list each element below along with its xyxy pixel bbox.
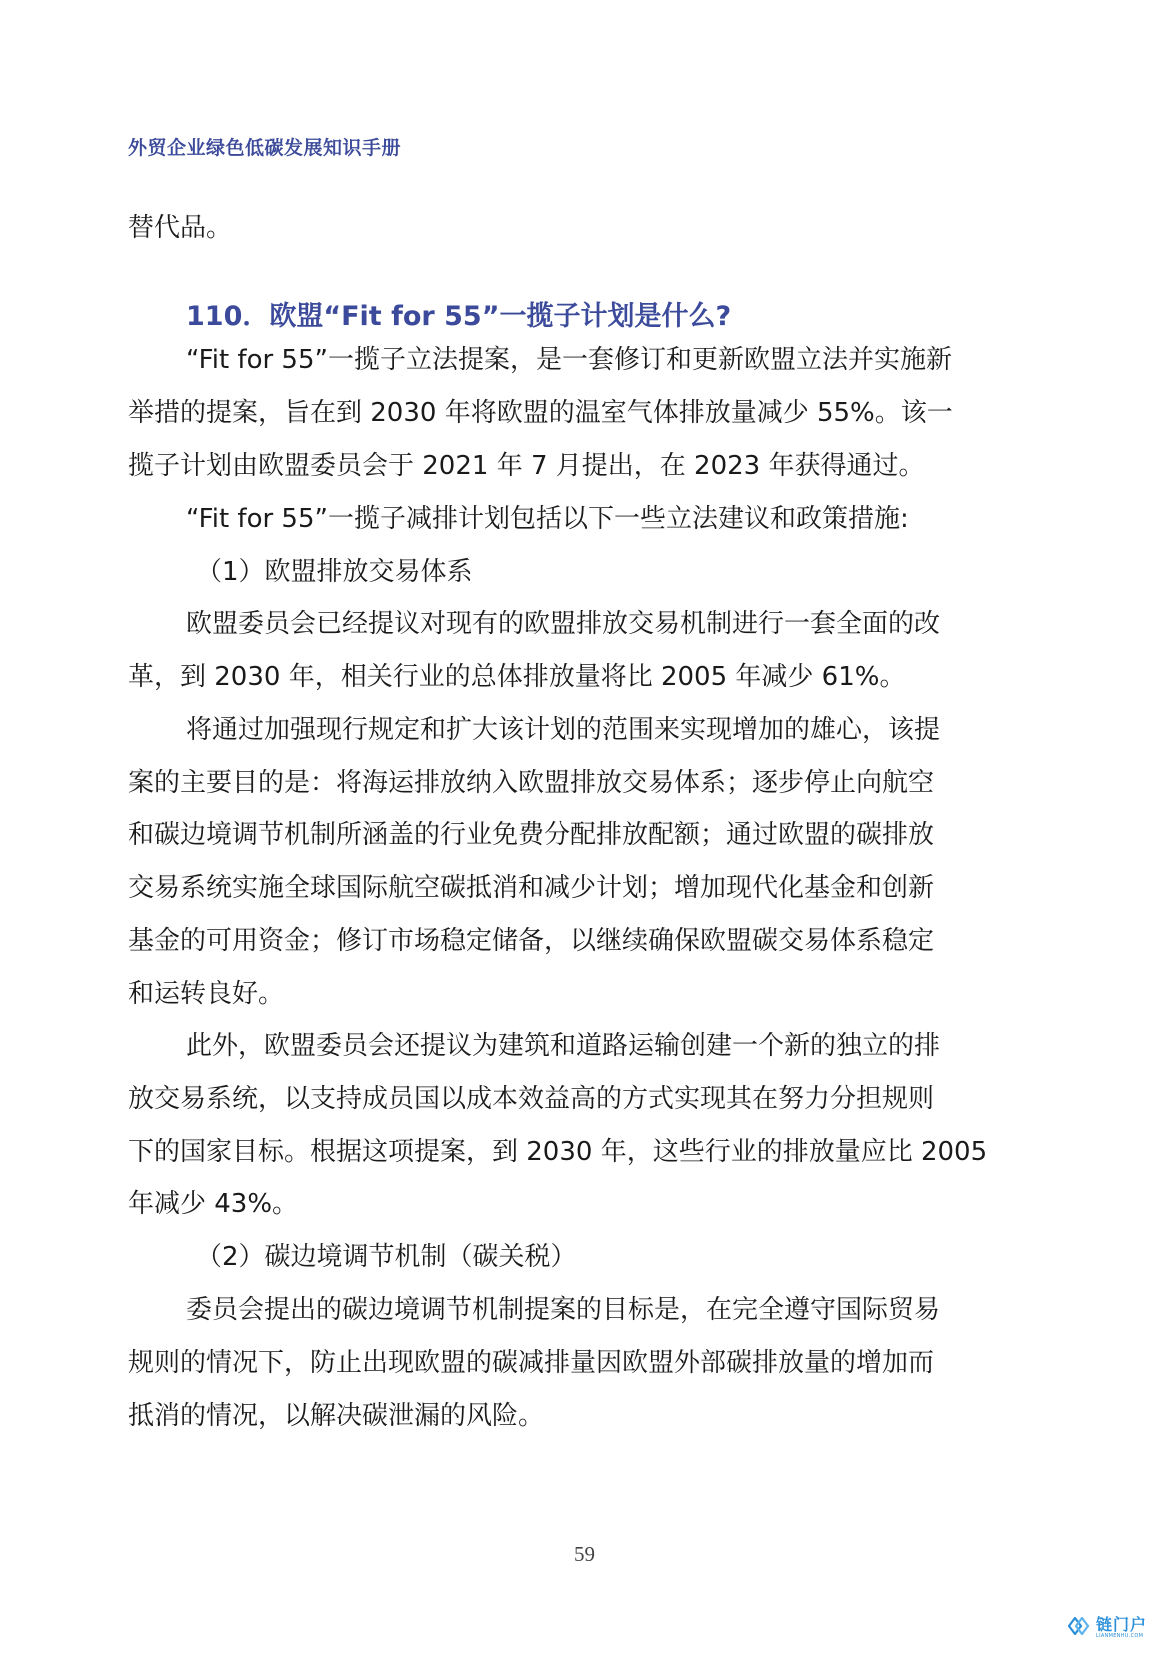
watermark: 链门户 LIANMENHU.COM	[1068, 1617, 1147, 1639]
subsection-title-2: （2）碳边境调节机制（碳关税）	[196, 1240, 577, 1274]
body-line: “Fit for 55”一揽子减排计划包括以下一些立法建议和政策措施:	[186, 502, 909, 536]
body-line: 欧盟委员会已经提议对现有的欧盟排放交易机制进行一套全面的改	[186, 607, 940, 641]
body-line: 和运转良好。	[128, 977, 284, 1011]
body-line: 交易系统实施全球国际航空碳抵消和减少计划；增加现代化基金和创新	[128, 871, 934, 905]
body-line: 将通过加强现行规定和扩大该计划的范围来实现增加的雄心，该提	[186, 713, 940, 747]
section-heading: 110．欧盟“Fit for 55”一揽子计划是什么?	[186, 294, 731, 333]
body-line: 委员会提出的碳边境调节机制提案的目标是，在完全遵守国际贸易	[186, 1293, 940, 1327]
body-line: “Fit for 55”一揽子立法提案，是一套修订和更新欧盟立法并实施新	[186, 343, 952, 377]
watermark-name-cn: 链门户	[1096, 1617, 1147, 1633]
body-line: 案的主要目的是：将海运排放纳入欧盟排放交易体系；逐步停止向航空	[128, 766, 934, 800]
body-line: 举措的提案，旨在到 2030 年将欧盟的温室气体排放量减少 55%。该一	[128, 396, 953, 430]
body-line: 下的国家目标。根据这项提案，到 2030 年，这些行业的排放量应比 2005	[128, 1135, 987, 1169]
body-line: 此外，欧盟委员会还提议为建筑和道路运输创建一个新的独立的排	[186, 1029, 940, 1063]
body-line: 揽子计划由欧盟委员会于 2021 年 7 月提出，在 2023 年获得通过。	[128, 449, 924, 483]
carryover-text: 替代品。	[128, 211, 232, 245]
body-line: 和碳边境调节机制所涵盖的行业免费分配排放配额；通过欧盟的碳排放	[128, 818, 934, 852]
watermark-name-en: LIANMENHU.COM	[1096, 1634, 1147, 1639]
page-number: 59	[0, 1542, 1169, 1567]
body-line: 年减少 43%。	[128, 1187, 298, 1221]
body-line: 抵消的情况，以解决碳泄漏的风险。	[128, 1399, 544, 1433]
running-header: 外贸企业绿色低碳发展知识手册	[128, 133, 401, 160]
body-line: 革，到 2030 年，相关行业的总体排放量将比 2005 年减少 61%。	[128, 660, 905, 694]
diamond-logo-icon	[1068, 1617, 1090, 1639]
body-line: 基金的可用资金；修订市场稳定储备，以继续确保欧盟碳交易体系稳定	[128, 924, 934, 958]
body-line: 规则的情况下，防止出现欧盟的碳减排量因欧盟外部碳排放量的增加而	[128, 1346, 934, 1380]
subsection-title-1: （1）欧盟排放交易体系	[196, 555, 473, 589]
body-line: 放交易系统，以支持成员国以成本效益高的方式实现其在努力分担规则	[128, 1082, 934, 1116]
